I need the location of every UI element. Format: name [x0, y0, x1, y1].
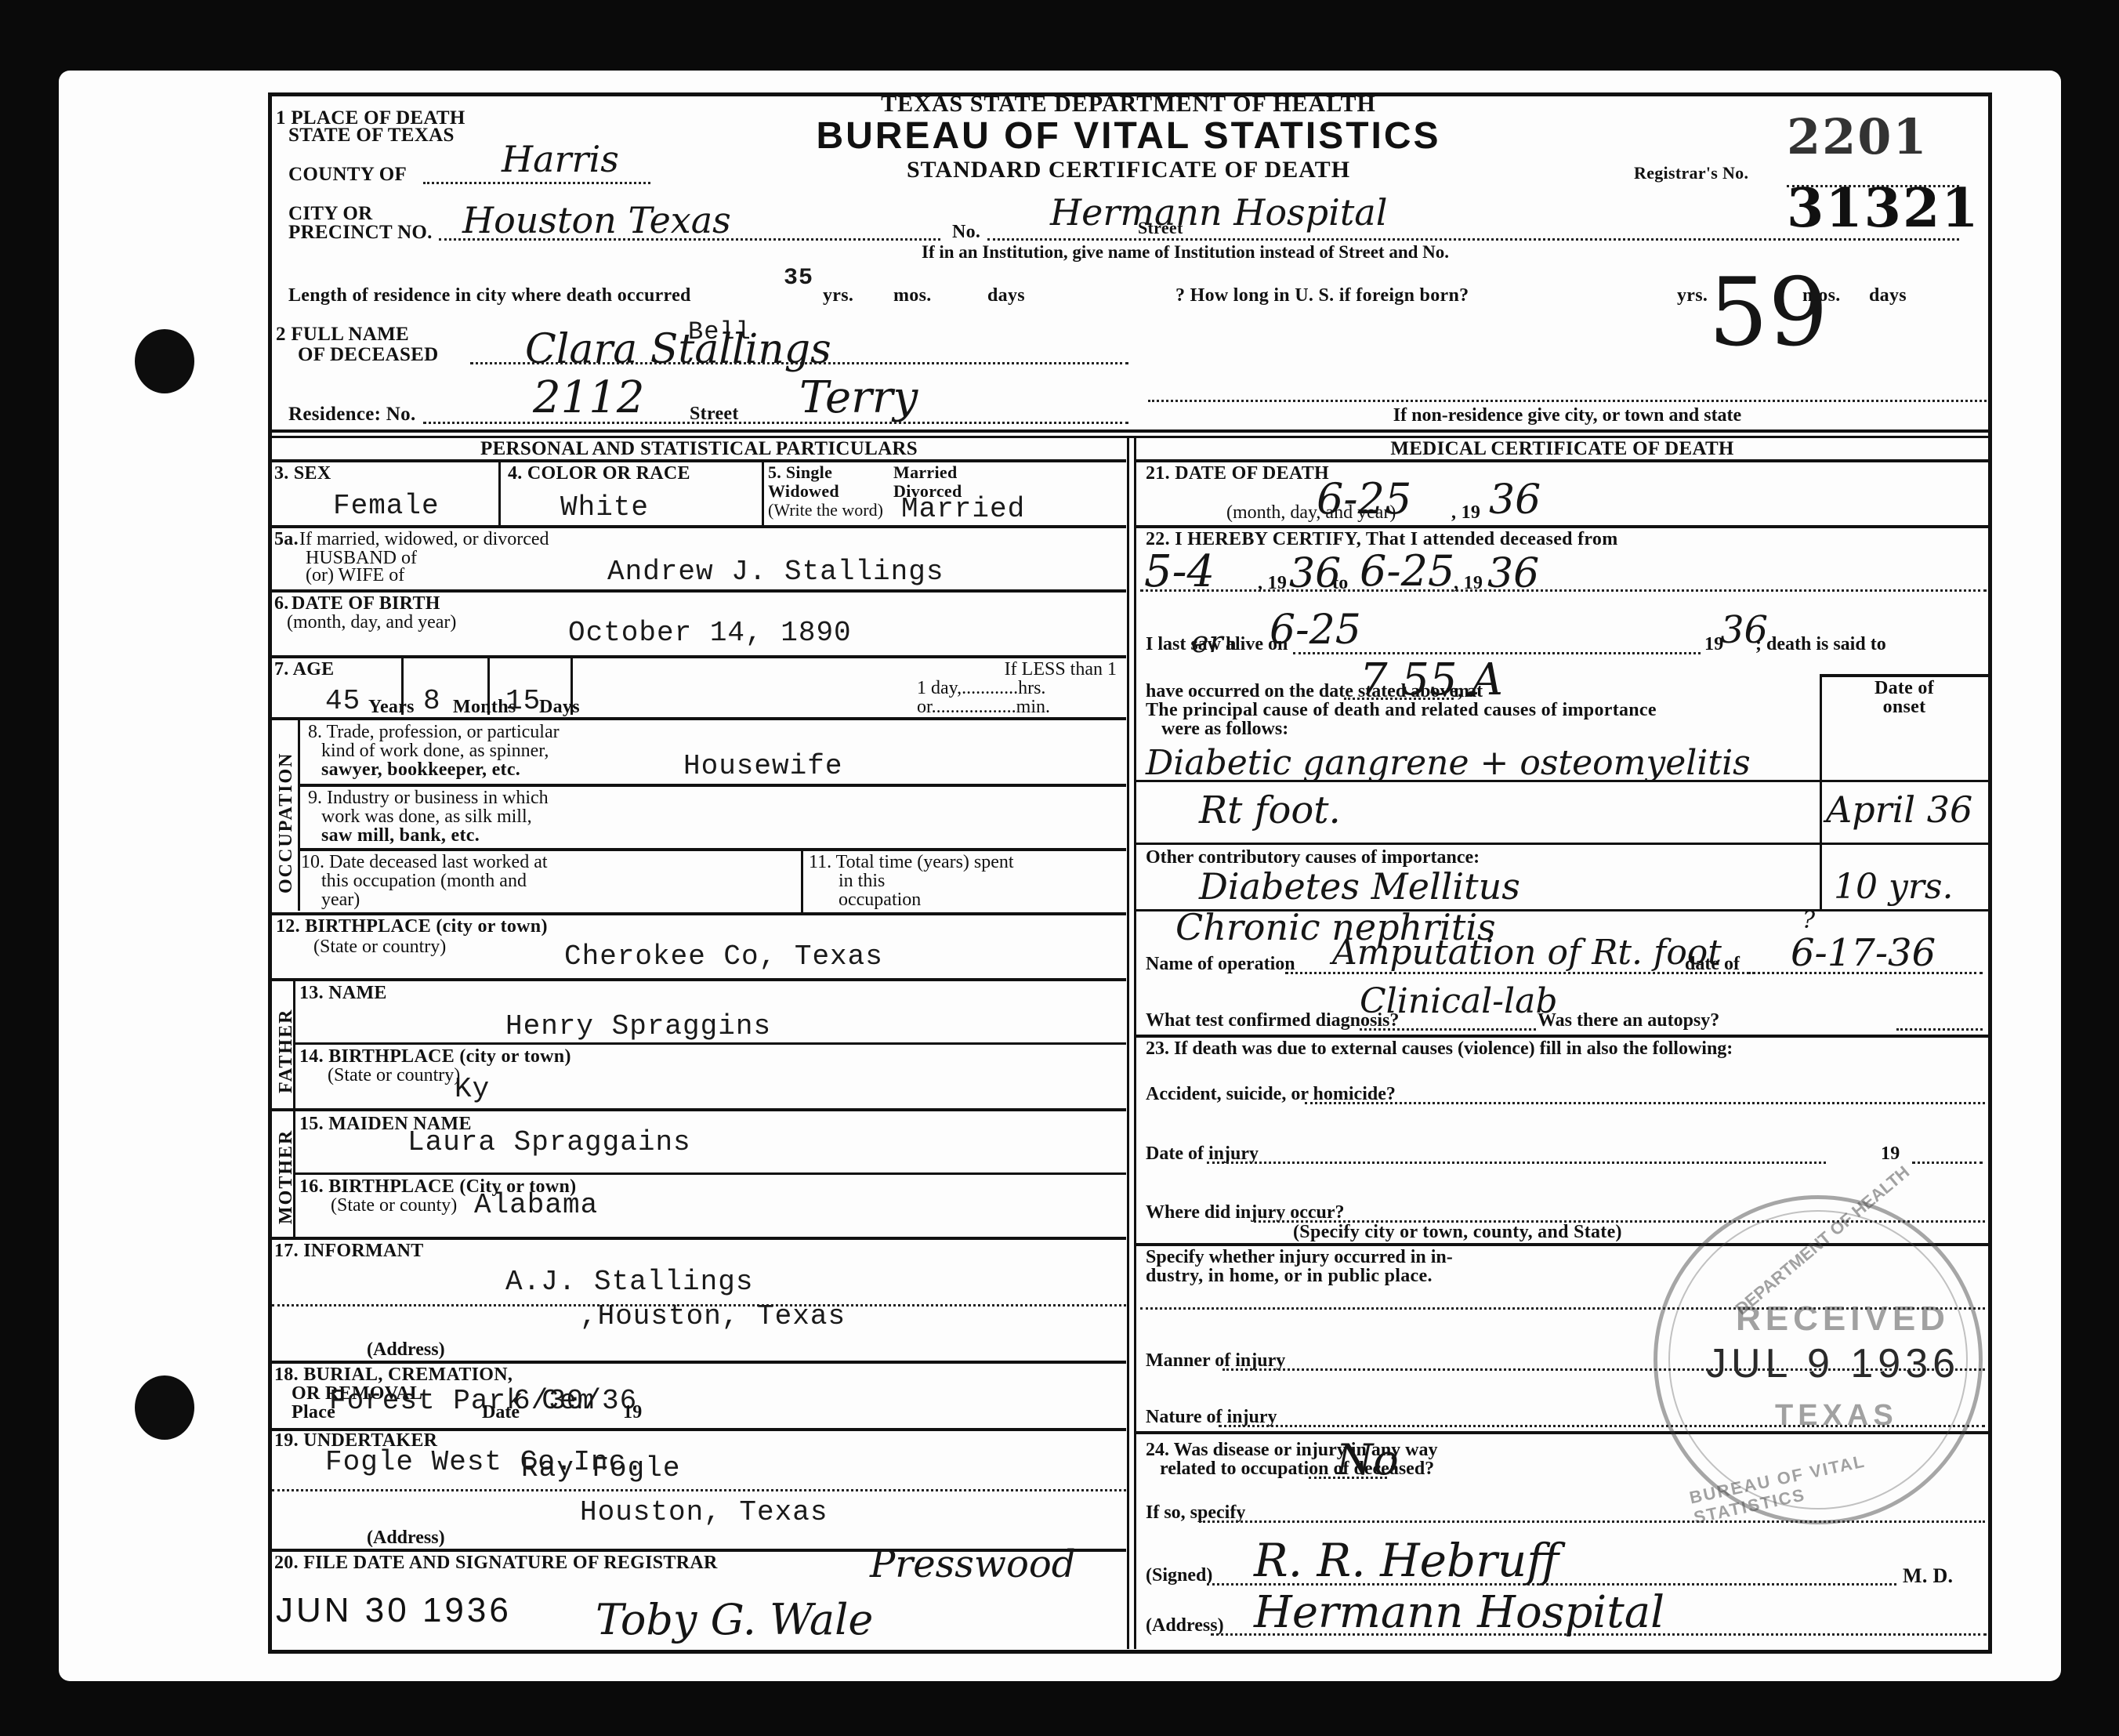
sex-value: Female	[333, 492, 440, 520]
physician-address: Hermann Hospital	[1254, 1591, 1664, 1635]
full-name-label: 2 FULL NAME	[276, 324, 409, 344]
injury-where-label: Where did injury occur?	[1146, 1203, 1345, 1222]
registrar-signature: Toby G. Wale	[596, 1599, 873, 1641]
residence-no: 2112	[533, 376, 645, 420]
age-days: 15	[505, 687, 541, 716]
trade-label-3: sawyer, bookkeeper, etc.	[321, 760, 520, 779]
operation-date-label: date of	[1685, 955, 1740, 973]
last-saw-date: 6-25	[1270, 610, 1361, 651]
occupation-side-label: OCCUPATION	[276, 752, 297, 893]
injury-year-prefix: 19	[1881, 1144, 1900, 1163]
dod-year: 36	[1489, 480, 1541, 520]
bureau-title: BUREAU OF VITAL STATISTICS	[752, 114, 1505, 158]
industry-label-3: saw mill, bank, etc.	[321, 826, 480, 845]
yrs-label: yrs.	[823, 286, 853, 305]
foreign-label: ? How long in U. S. if foreign born?	[1175, 286, 1469, 305]
age-years: 45	[325, 687, 360, 716]
days-label: Days	[539, 698, 580, 716]
personal-section-title: PERSONAL AND STATISTICAL PARTICULARS	[272, 439, 1126, 458]
father-side-label: FATHER	[276, 1009, 297, 1093]
medical-section-title: MEDICAL CERTIFICATE OF DEATH	[1136, 439, 1988, 458]
operation-value: Amputation of Rt. foot	[1332, 936, 1722, 970]
mos-label: mos.	[893, 286, 932, 305]
total-time-label-1: 11. Total time (years) spent	[809, 853, 1014, 872]
occupation-answer: No	[1336, 1439, 1399, 1481]
dob-label: DATE OF BIRTH	[292, 594, 440, 613]
father-birthplace-label-2: (State or country)	[328, 1066, 460, 1085]
marital-married: Married	[893, 464, 958, 481]
deceased-name: Clara Stallings	[525, 329, 831, 370]
sex-label: 3. SEX	[274, 464, 331, 483]
mother-birthplace-value: Alabama	[474, 1191, 598, 1220]
md-label: M. D.	[1903, 1566, 1953, 1586]
marital-widowed: Widowed	[768, 483, 839, 500]
cause-line-1: Diabetic gangrene + osteomyelitis	[1146, 746, 1751, 781]
less-label-3: or..................min.	[917, 698, 1050, 716]
mother-name-value: Laura Spraggains	[407, 1129, 691, 1157]
if-so-label: If so, specify	[1146, 1503, 1245, 1522]
informant-address: ,Houston, Texas	[580, 1303, 846, 1331]
certificate-title: STANDARD CERTIFICATE OF DEATH	[784, 157, 1473, 183]
registrar-number: 31321	[1787, 177, 1980, 240]
spouse-num: 5a.	[274, 530, 299, 549]
dob-num: 6.	[274, 594, 289, 613]
last-worked-label-3: year)	[321, 890, 360, 909]
signed-label: (Signed)	[1146, 1566, 1212, 1585]
trade-label-2: kind of work done, as spinner,	[321, 741, 549, 760]
residence-street: Terry	[799, 376, 918, 420]
residence-label: Residence: No.	[288, 404, 416, 424]
foreign-yrs: yrs.	[1677, 286, 1708, 305]
father-birthplace-value: Ky	[455, 1075, 490, 1104]
county-label: COUNTY OF	[288, 165, 407, 184]
received-stamp: DEPARTMENT OF HEALTH RECEIVED JUL 9 1936…	[1654, 1195, 1983, 1524]
contributory-label: Other contributory causes of importance:	[1146, 848, 1480, 867]
years-label: Years	[368, 698, 415, 716]
test-value: Clinical-lab	[1360, 984, 1558, 1019]
manner-label: Manner of injury	[1146, 1351, 1285, 1370]
file-date-label: 20. FILE DATE AND SIGNATURE OF REGISTRAR	[274, 1553, 718, 1572]
father-name-value: Henry Spraggins	[505, 1013, 771, 1041]
injury-place-label-2: dustry, in home, or in public place.	[1146, 1267, 1433, 1285]
last-saw-pronoun: er	[1191, 627, 1223, 657]
dept-title: TEXAS STATE DEPARTMENT OF HEALTH	[784, 91, 1473, 118]
race-label: 4. COLOR OR RACE	[508, 464, 690, 483]
birthplace-value: Cherokee Co, Texas	[564, 943, 883, 971]
trade-label-1: 8. Trade, profession, or particular	[308, 723, 560, 741]
mother-side-label: MOTHER	[276, 1129, 297, 1224]
industry-label-1: 9. Industry or business in which	[308, 788, 549, 807]
cause-label-1: The principal cause of death and related…	[1146, 701, 1657, 719]
dob-sub-label: (month, day, and year)	[287, 613, 456, 632]
race-value: White	[560, 494, 649, 522]
less-label-1: If LESS than 1	[690, 660, 1117, 679]
marital-single: 5. Single	[768, 464, 832, 481]
city-label: CITY OR	[288, 204, 372, 223]
cause-line-2: Rt foot.	[1199, 792, 1341, 829]
stamp-state: TEXAS	[1775, 1399, 1898, 1433]
trade-value: Housewife	[683, 752, 842, 781]
dob-value: October 14, 1890	[568, 619, 852, 647]
burial-year-prefix: 19	[623, 1403, 643, 1422]
total-time-label-2: in this	[839, 872, 885, 890]
age-months: 8	[423, 687, 441, 716]
contributory-onset-2: ?	[1802, 909, 1815, 933]
dod-value: 6-25	[1317, 478, 1411, 520]
of-deceased-label: OF DECEASED	[298, 345, 438, 364]
undertaker-address-label: (Address)	[367, 1528, 445, 1547]
dod-year-prefix: , 19	[1451, 503, 1480, 522]
punch-hole	[135, 329, 194, 393]
contributory-line-1: Diabetes Mellitus	[1199, 868, 1520, 904]
death-said-label: ; death is said to	[1755, 635, 1886, 654]
father-birthplace-label-1: 14. BIRTHPLACE (city or town)	[299, 1047, 571, 1066]
time-suffix: m.	[1454, 682, 1474, 701]
autopsy-label: Was there an autopsy?	[1538, 1011, 1719, 1030]
undertaker-person: Ray Fogle	[521, 1455, 680, 1483]
age-label: 7. AGE	[274, 660, 334, 679]
spouse-value: Andrew J. Stallings	[607, 558, 944, 586]
physician-signature: R. R. Hebruff	[1254, 1538, 1559, 1583]
less-label-2: 1 day,............hrs.	[917, 679, 1045, 698]
precinct-label: PRECINCT NO.	[288, 223, 433, 242]
institution-note: If in an Institution, give name of Insti…	[922, 243, 1449, 261]
marital-write-note: (Write the word)	[768, 502, 883, 519]
nonresidence-note: If non-residence give city, or town and …	[1148, 406, 1987, 425]
dod-label: 21. DATE OF DEATH	[1146, 464, 1329, 483]
total-time-label-3: occupation	[839, 890, 921, 909]
marital-value: Married	[901, 495, 1025, 524]
operation-label: Name of operation	[1146, 955, 1295, 973]
birthplace-label-2: (State or country)	[313, 937, 446, 956]
attended-to-year: 36	[1487, 553, 1539, 594]
onset-label-1: Date of	[1822, 679, 1987, 698]
spouse-label-1: If married, widowed, or divorced	[299, 530, 549, 549]
spouse-label-3: (or) WIFE of	[306, 566, 404, 585]
file-date-stamp: JUN 30 1936	[276, 1591, 512, 1630]
days-label: days	[987, 286, 1025, 305]
attended-from-year-prefix: , 19	[1258, 574, 1287, 593]
state-label: STATE OF TEXAS	[288, 125, 455, 145]
last-worked-label-1: 10. Date deceased last worked at	[301, 853, 548, 872]
onset-label-2: onset	[1822, 698, 1987, 716]
city-value: Houston Texas	[462, 202, 731, 238]
attended-to-year-prefix: , 19	[1454, 574, 1483, 593]
attended-to: 6-25	[1360, 550, 1454, 593]
informant-label: 17. INFORMANT	[274, 1241, 424, 1260]
stamp-received: RECEIVED	[1736, 1299, 1950, 1339]
physician-address-label: (Address)	[1146, 1616, 1224, 1635]
cause-onset: April 36	[1826, 792, 1972, 828]
operation-date: 6-17-36	[1791, 934, 1936, 972]
burial-date: 6/30/36	[513, 1387, 637, 1415]
industry-label-2: work was done, as silk mill,	[321, 807, 532, 826]
injury-place-label-1: Specify whether injury occurred in in-	[1146, 1248, 1453, 1267]
birthplace-label-1: 12. BIRTHPLACE (city or town)	[276, 917, 548, 936]
burial-label-1: 18. BURIAL, CREMATION,	[274, 1365, 513, 1384]
nature-label: Nature of injury	[1146, 1408, 1277, 1426]
father-name-label: 13. NAME	[299, 984, 387, 1002]
attended-from: 5-4	[1144, 550, 1215, 594]
undertaker-address: Houston, Texas	[580, 1499, 828, 1527]
foreign-days: days	[1869, 286, 1907, 305]
external-causes-label: 23. If death was due to external causes …	[1146, 1039, 1733, 1058]
residence-street-label: Street	[690, 404, 739, 423]
cause-label-2: were as follows:	[1161, 719, 1288, 738]
mother-birthplace-label-2: (State or county)	[331, 1196, 457, 1215]
registrar-signature-2: Presswood	[870, 1546, 1076, 1583]
county-value: Harris	[502, 141, 619, 177]
registrar-label: Registrar's No.	[1634, 165, 1748, 182]
time-value: 7 55 A	[1360, 658, 1503, 702]
residence-years: 35	[784, 266, 813, 290]
informant-name: A.J. Stallings	[505, 1268, 753, 1296]
last-worked-label-2: this occupation (month and	[321, 872, 527, 890]
margin-number: 59	[1708, 266, 1828, 361]
file-number: 2201	[1787, 108, 1929, 165]
injury-date-label: Date of injury	[1146, 1144, 1259, 1163]
punch-hole	[135, 1375, 194, 1440]
informant-address-label: (Address)	[367, 1340, 445, 1359]
accident-label: Accident, suicide, or homicide?	[1146, 1085, 1396, 1104]
contributory-onset: 10 yrs.	[1834, 870, 1953, 904]
injury-where-note: (Specify city or town, county, and State…	[1293, 1223, 1622, 1241]
institution-value: Hermann Hospital	[1050, 194, 1387, 230]
residence-length-label: Length of residence in city where death …	[288, 286, 691, 305]
no-label: No.	[952, 223, 980, 241]
stamp-date: JUL 9 1936	[1706, 1340, 1960, 1387]
to-label: to	[1332, 574, 1349, 593]
